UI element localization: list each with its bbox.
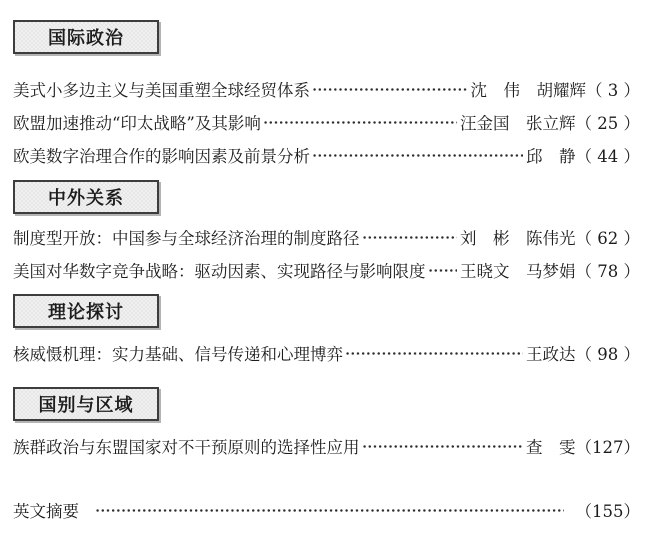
article-authors: 王政达: [526, 341, 576, 365]
section-title: 国际政治: [48, 24, 124, 50]
english-abstracts-page-number: （155）: [576, 498, 641, 522]
section-title: 中外关系: [48, 184, 124, 210]
dot-leader: [362, 234, 458, 241]
article-authors: 邱 静: [526, 143, 576, 167]
section-header-box: 国际政治: [13, 20, 159, 54]
article-authors: 王晓文 马梦娟: [460, 258, 576, 282]
toc-entry: 制度型开放：中国参与全球经济治理的制度路径 刘 彬 陈伟光 （ 62 ）: [13, 220, 640, 253]
english-abstracts-entry: 英文摘要 （155）: [13, 493, 640, 526]
english-abstracts-label: 英文摘要: [13, 498, 79, 522]
article-title: 美式小多边主义与美国重塑全球经贸体系: [13, 77, 310, 101]
toc-page: 国际政治 美式小多边主义与美国重塑全球经贸体系 沈 伟 胡耀辉 （ 3 ） 欧盟…: [0, 0, 650, 526]
dot-leader: [312, 152, 523, 159]
toc-entry: 欧美数字治理合作的影响因素及前景分析 邱 静 （ 44 ）: [13, 138, 640, 171]
article-title: 族群政治与东盟国家对不干预原则的选择性应用: [13, 434, 360, 458]
section-header-box: 理论探讨: [13, 294, 159, 328]
article-title: 制度型开放：中国参与全球经济治理的制度路径: [13, 225, 360, 249]
section-articles: 制度型开放：中国参与全球经济治理的制度路径 刘 彬 陈伟光 （ 62 ） 美国对…: [13, 220, 640, 286]
section-china-foreign-relations: 中外关系 制度型开放：中国参与全球经济治理的制度路径 刘 彬 陈伟光 （ 62 …: [13, 180, 640, 286]
dot-leader: [428, 267, 458, 274]
section-header-box: 国别与区域: [13, 387, 159, 421]
article-title: 欧美数字治理合作的影响因素及前景分析: [13, 143, 310, 167]
article-page-number: （ 25 ）: [576, 110, 641, 134]
section-title: 理论探讨: [48, 298, 124, 324]
section-articles: 核威慑机理：实力基础、信号传递和心理博弈 王政达 （ 98 ）: [13, 336, 640, 369]
toc-entry: 美式小多边主义与美国重塑全球经贸体系 沈 伟 胡耀辉 （ 3 ）: [13, 72, 640, 105]
toc-entry: 美国对华数字竞争战略：驱动因素、实现路径与影响限度 王晓文 马梦娟 （ 78 ）: [13, 253, 640, 286]
article-authors: 汪金国 张立辉: [460, 110, 576, 134]
article-page-number: （ 78 ）: [576, 258, 641, 282]
section-header-box: 中外关系: [13, 180, 159, 214]
section-articles: 美式小多边主义与美国重塑全球经贸体系 沈 伟 胡耀辉 （ 3 ） 欧盟加速推动“…: [13, 72, 640, 171]
dot-leader: [345, 350, 523, 357]
section-country-and-region: 国别与区域 族群政治与东盟国家对不干预原则的选择性应用 查 雯 （127）: [13, 387, 640, 462]
dot-leader: [312, 86, 468, 93]
section-articles: 族群政治与东盟国家对不干预原则的选择性应用 查 雯 （127）: [13, 429, 640, 462]
toc-entry: 核威慑机理：实力基础、信号传递和心理博弈 王政达 （ 98 ）: [13, 336, 640, 369]
article-page-number: （ 44 ）: [576, 143, 641, 167]
article-page-number: （ 3 ）: [586, 77, 640, 101]
dot-leader: [362, 443, 524, 450]
toc-entry: 欧盟加速推动“印太战略”及其影响 汪金国 张立辉 （ 25 ）: [13, 105, 640, 138]
section-theoretical-discussion: 理论探讨 核威慑机理：实力基础、信号传递和心理博弈 王政达 （ 98 ）: [13, 294, 640, 369]
article-page-number: （ 62 ）: [576, 225, 641, 249]
dot-leader: [263, 119, 457, 126]
dot-leader: [95, 507, 564, 514]
article-authors: 查 雯: [526, 434, 576, 458]
article-page-number: （ 98 ）: [576, 341, 641, 365]
article-page-number: （127）: [576, 434, 641, 458]
article-authors: 刘 彬 陈伟光: [460, 225, 576, 249]
section-title: 国别与区域: [39, 391, 134, 417]
article-authors: 沈 伟 胡耀辉: [471, 77, 587, 101]
toc-entry: 族群政治与东盟国家对不干预原则的选择性应用 查 雯 （127）: [13, 429, 640, 462]
article-title: 欧盟加速推动“印太战略”及其影响: [13, 110, 261, 134]
article-title: 核威慑机理：实力基础、信号传递和心理博弈: [13, 341, 343, 365]
article-title: 美国对华数字竞争战略：驱动因素、实现路径与影响限度: [13, 258, 426, 282]
section-international-politics: 国际政治 美式小多边主义与美国重塑全球经贸体系 沈 伟 胡耀辉 （ 3 ） 欧盟…: [13, 20, 640, 171]
